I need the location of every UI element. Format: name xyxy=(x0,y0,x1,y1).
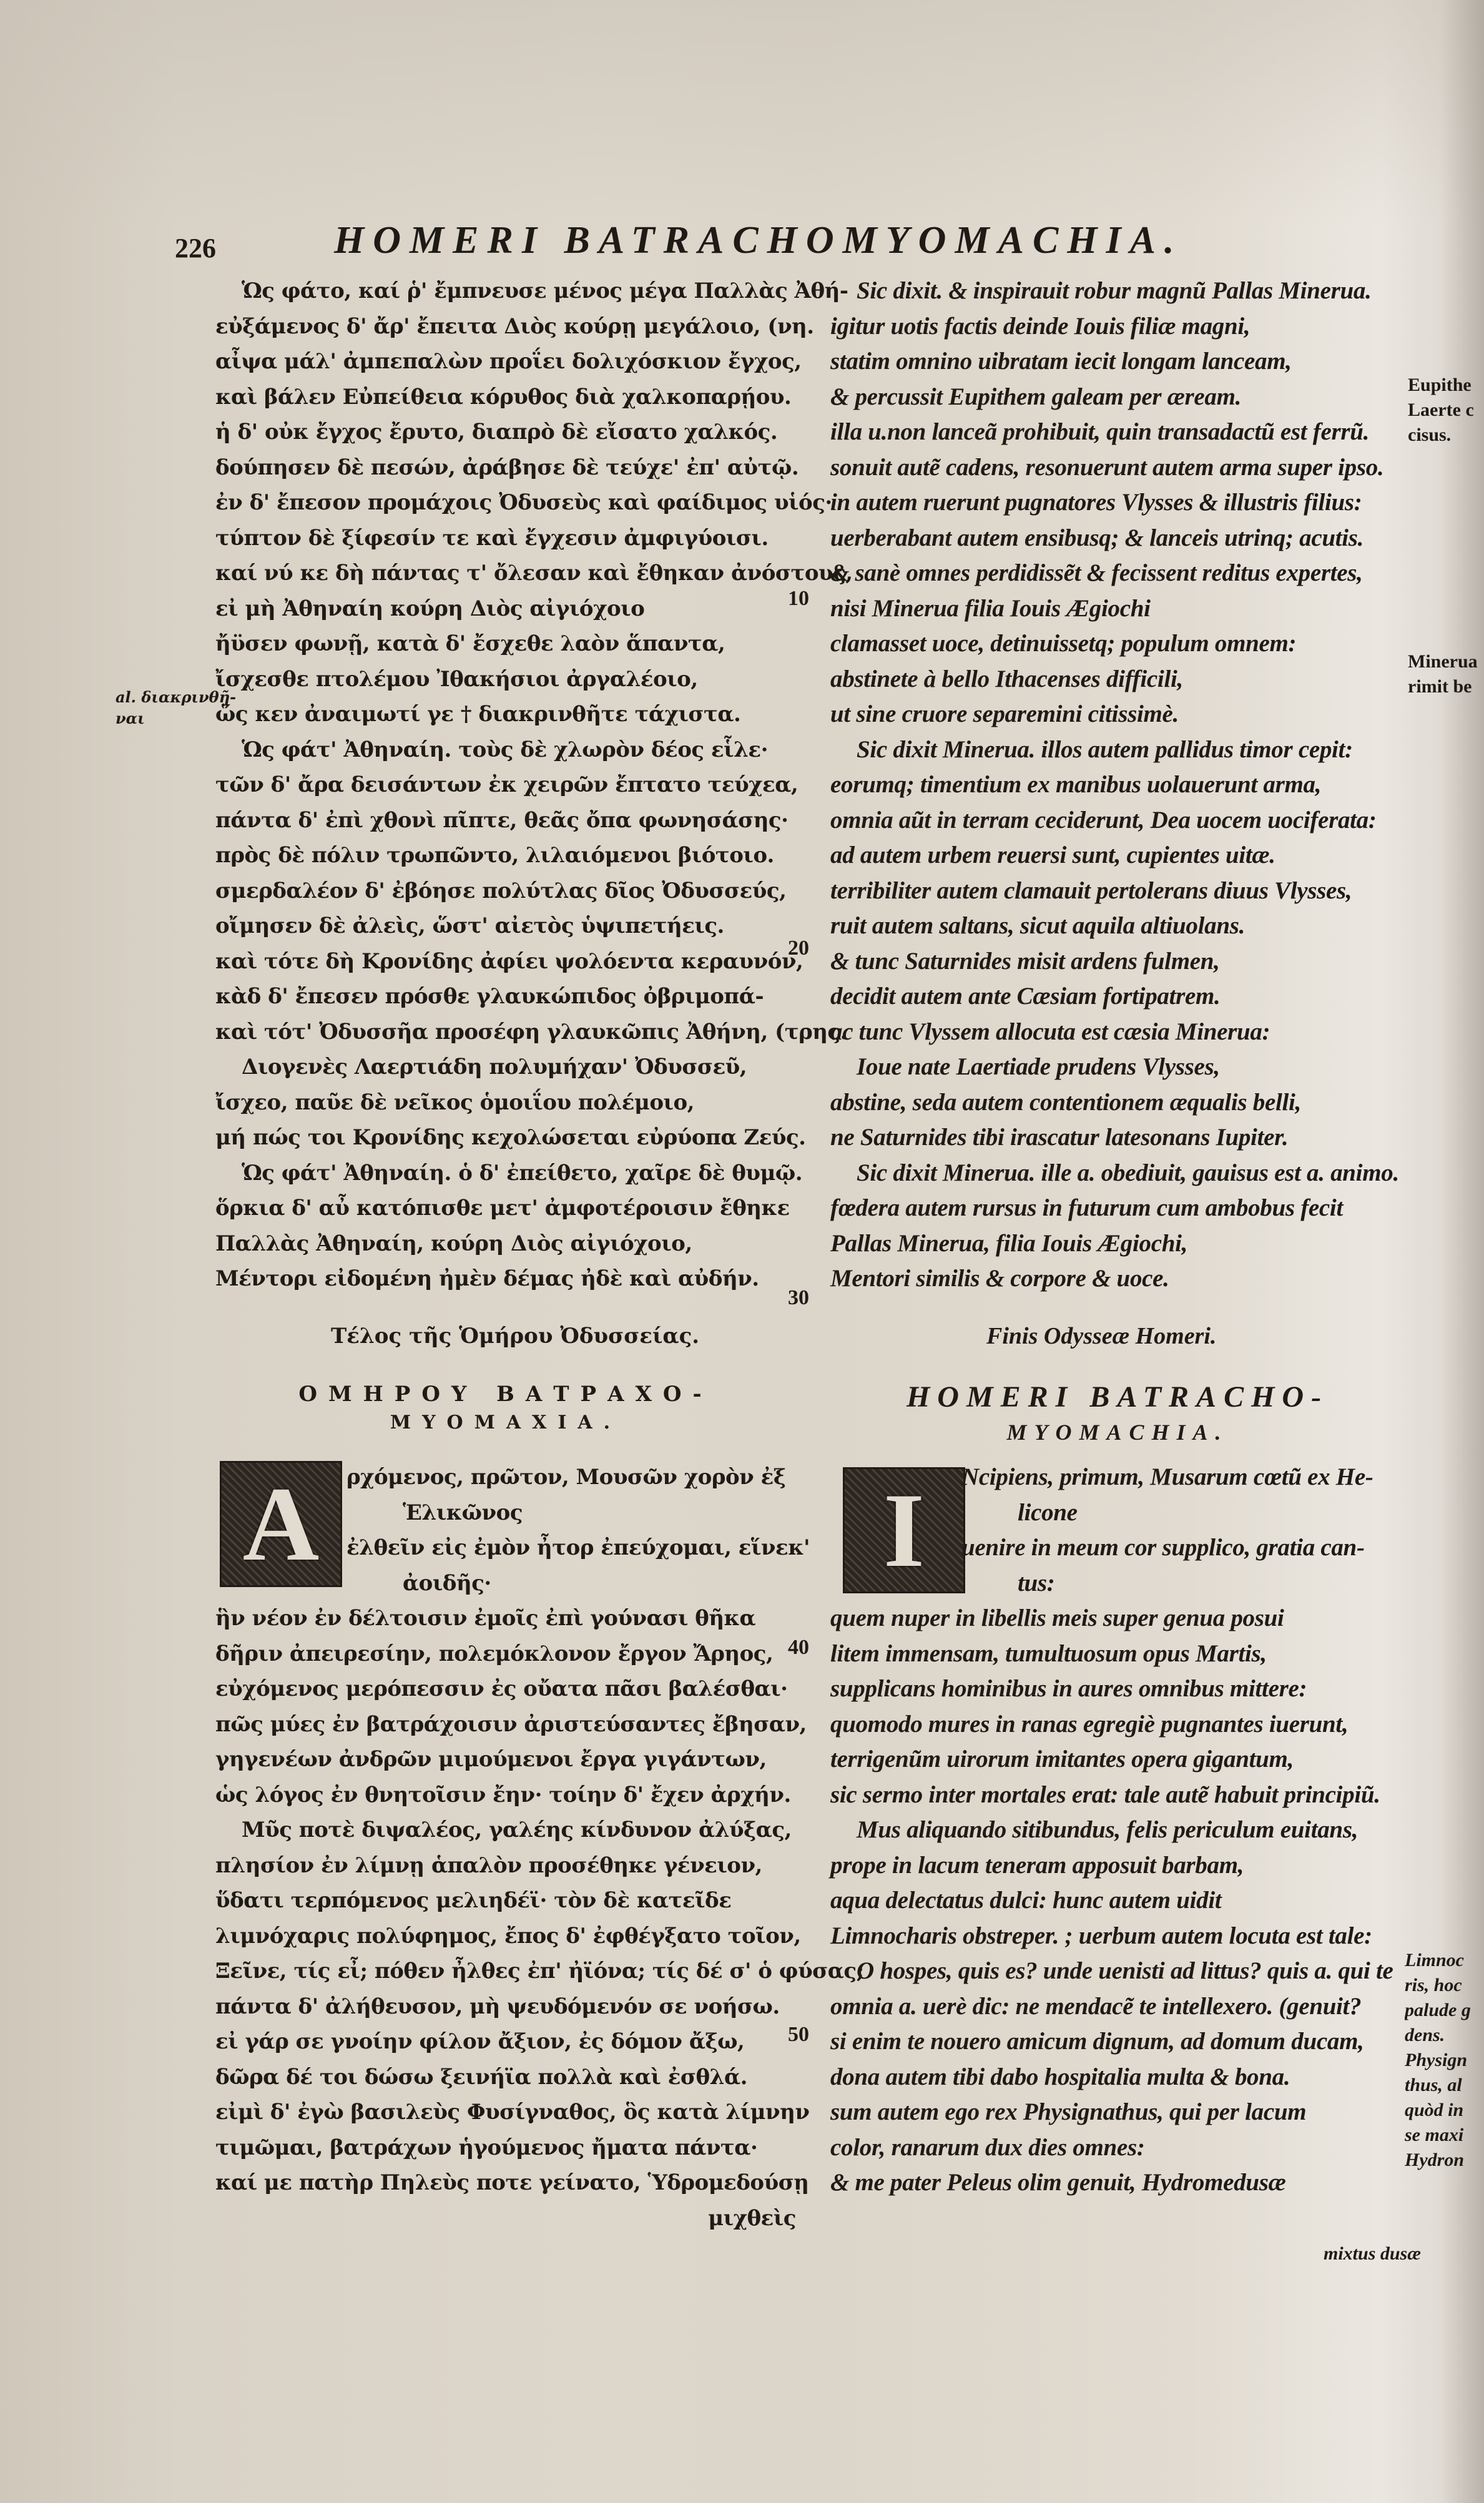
latin-verse-line: terribiliter autem clamauit pertolerans … xyxy=(830,873,1405,909)
latin-verse-line: prope in lacum teneram apposuit barbam, xyxy=(830,1848,1405,1884)
greek-verse-line: Διογενὲς Λαερτιάδη πολυμήχαν' Ὀδυσσεῦ, xyxy=(215,1050,796,1085)
latin-verse-line: Sic dixit Minerua. illos autem pallidus … xyxy=(830,732,1405,768)
latin-verse-line: supplicans hominibus in aures omnibus mi… xyxy=(830,1671,1405,1707)
greek-verse-line: γηγενέων ἀνδρῶν μιμούμενοι ἔργα γιγάντων… xyxy=(215,1742,796,1778)
latin-verse-line: Ioue nate Laertiade prudens Vlysses, xyxy=(830,1050,1405,1085)
running-head: 226 HOMERI BATRACHOMYOMACHIA. xyxy=(175,219,1423,275)
verse-line-number: 20 xyxy=(788,937,809,960)
latin-verse-line: nisi Minerua filia Iouis Ægiochi xyxy=(830,591,1405,627)
latin-verse-line: quomodo mures in ranas egregiè pugnantes… xyxy=(830,1707,1405,1743)
latin-verse-line: clamasset uoce, detinuissetq; populum om… xyxy=(830,626,1405,662)
greek-verse-line: πῶς μύες ἐν βατράχοισιν ἀριστεύσαντες ἔβ… xyxy=(215,1707,796,1743)
latin-verse-line: Pallas Minerua, filia Iouis Ægiochi, xyxy=(830,1226,1405,1262)
greek-verse-line: καί με πατὴρ Πηλεὺς ποτε γείνατο, Ὑδρομε… xyxy=(215,2165,796,2201)
greek-verse-line: δῶρα δέ τοι δώσω ξεινήϊα πολλὰ καὶ ἐσθλά… xyxy=(215,2060,796,2095)
latin-verse-line: ac tunc Vlyssem allocuta est cæsia Miner… xyxy=(830,1015,1405,1050)
greek-verse-line: ἐν δ' ἔπεσον προμάχοις Ὀδυσεὺς καὶ φαίδι… xyxy=(215,485,796,521)
greek-verse-line: ὅρκια δ' αὖ κατόπισθε μετ' ἀμφοτέροισιν … xyxy=(215,1191,796,1226)
greek-verse-line: σμερδαλέον δ' ἐβόησε πολύτλας δῖος Ὀδυσσ… xyxy=(215,873,796,909)
latin-verse-line: uenire in meum cor supplico, gratia can- xyxy=(830,1530,1405,1566)
latin-verse-line: fœdera autem rursus in futurum cum ambob… xyxy=(830,1191,1405,1226)
latin-verse-line: Mus aliquando sitibundus, felis periculu… xyxy=(830,1812,1405,1848)
greek-verse-line: Ὡς φάτο, καί ῥ' ἔμπνευσε μένος μέγα Παλλ… xyxy=(215,273,796,309)
latin-verse-line: litem immensam, tumultuosum opus Martis, xyxy=(830,1636,1405,1672)
greek-verse-line: ἴσχεο, παῦε δὲ νεῖκος ὁμοιΐου πολέμοιο, xyxy=(215,1085,796,1121)
latin-verse-line: Mentori similis & corpore & uoce. xyxy=(830,1261,1405,1297)
greek-verse-line: καὶ βάλεν Εὐπείθεια κόρυθος διὰ χαλκοπαρ… xyxy=(215,380,796,415)
latin-verse-line: omnia a. uerè dic: ne mendacẽ te intelle… xyxy=(830,1989,1405,2025)
greek-verse-line: πλησίον ἐν λίμνῃ ἁπαλὸν προσέθηκε γένειο… xyxy=(215,1848,796,1884)
greek-verse-line: πάντα δ' ἀλήθευσον, μὴ ψευδόμενόν σε νοή… xyxy=(215,1989,796,2025)
greek-verse-line: ὕδατι τερπόμενος μελιηδέϊ· τὸν δὲ κατεῖδ… xyxy=(215,1883,796,1919)
running-title: HOMERI BATRACHOMYOMACHIA. xyxy=(334,219,1183,263)
latin-verse-line: & me pater Peleus olim genuit, Hydromedu… xyxy=(830,2165,1405,2201)
greek-verse-line: δούπησεν δὲ πεσών, ἀράβησε δὲ τεύχε' ἐπ'… xyxy=(215,450,796,486)
latin-verse-line: uerberabant autem ensibusq; & lanceis ut… xyxy=(830,521,1405,556)
greek-verse-line: τιμῶμαι, βατράχων ἡγούμενος ἤματα πάντα· xyxy=(215,2130,796,2166)
greek-verse-line: Ὡς φάτ' Ἀθηναίη. ὁ δ' ἐπείθετο, χαῖρε δὲ… xyxy=(215,1156,796,1191)
paper-shading xyxy=(0,0,1484,225)
margin-note-limnocharis: Limnoc ris, hoc palude g dens. Physign t… xyxy=(1405,1948,1481,2173)
greek-verse-line: ἡ δ' οὐκ ἔγχος ἔρυτο, διαπρὸ δὲ εἴσατο χ… xyxy=(215,415,796,450)
latin-verse-line: Limnocharis obstreper. ; uerbum autem lo… xyxy=(830,1919,1405,1954)
latin-verse-line: sic sermo inter mortales erat: tale autẽ… xyxy=(830,1778,1405,1813)
latin-verse-line: O hospes, quis es? unde uenisti ad littu… xyxy=(830,1954,1405,1989)
greek-verse-line: καὶ τότ' Ὀδυσσῆα προσέφη γλαυκῶπις Ἀθήνη… xyxy=(215,1015,796,1050)
greek-verse-line: ἴσχεσθε πτολέμου Ἰθακήσιοι ἀργαλέοιο, xyxy=(215,662,796,697)
greek-verse-line: πρὸς δὲ πόλιν τρωπῶντο, λιλαιόμενοι βιότ… xyxy=(215,838,796,873)
greek-verse-line: καί νύ κε δὴ πάντας τ' ὄλεσαν καὶ ἔθηκαν… xyxy=(215,556,796,591)
greek-verse-line: ἣν νέον ἐν δέλτοισιν ἐμοῖς ἐπὶ γούνασι θ… xyxy=(215,1601,796,1636)
greek-colophon: Τέλος τῆς Ὁμήρου Ὀδυσσείας. xyxy=(331,1317,699,1355)
latin-verse-line: quem nuper in libellis meis super genua … xyxy=(830,1601,1405,1636)
greek-verse-line: μή πώς τοι Κρονίδης κεχολώσεται εὐρύοπα … xyxy=(215,1120,796,1156)
greek-verse-line: πάντα δ' ἐπὶ χθονὶ πῖπτε, θεᾶς ὄπα φωνησ… xyxy=(215,803,796,838)
greek-verse-line: Ὡς φάτ' Ἀθηναίη. τοὺς δὲ χλωρὸν δέος εἷλ… xyxy=(215,732,796,768)
latin-verse-line: color, ranarum dux dies omnes: xyxy=(830,2130,1405,2166)
greek-verse-line: ἐλθεῖν εἰς ἐμὸν ἦτορ ἐπεύχομαι, εἵνεκ' xyxy=(215,1530,796,1566)
greek-verse-line: κὰδ δ' ἔπεσεν πρόσθε γλαυκώπιδος ὀβριμοπ… xyxy=(215,979,796,1015)
greek-verse-line: Παλλὰς Ἀθηναίη, κούρη Διὸς αἰγιόχοιο, xyxy=(215,1226,796,1262)
latin-verse-line: Ncipiens, primum, Musarum cœtũ ex He- xyxy=(830,1460,1405,1495)
latin-verse-line: ne Saturnides tibi irascatur latesonans … xyxy=(830,1120,1405,1156)
latin-verse-line: licone xyxy=(830,1495,1405,1531)
greek-verse-line: τύπτον δὲ ξίφεσίν τε καὶ ἔγχεσιν ἀμφιγύο… xyxy=(215,521,796,556)
greek-verse-line: καὶ τότε δὴ Κρονίδης ἀφίει ψολόεντα κερα… xyxy=(215,944,796,980)
greek-batrachomyomachia-column: ρχόμενος, πρῶτον, Μουσῶν χορὸν ἐξἙλικῶνο… xyxy=(215,1460,796,2236)
latin-verse-line: abstinete à bello Ithacenses difficili, xyxy=(830,662,1405,697)
greek-verse-line: εἰμὶ δ' ἐγὼ βασιλεὺς Φυσίγναθος, ὃς κατὰ… xyxy=(215,2095,796,2130)
latin-colophon: Finis Odysseæ Homeri. xyxy=(986,1317,1216,1355)
greek-section-title: ΟΜΗΡΟΥ ΒΑΤΡΑΧΟ- ΜΥΟΜΑΧΙΑ. xyxy=(215,1380,796,1437)
greek-verse-line: Μέντορι εἰδομένη ἠμὲν δέμας ἠδὲ καὶ αὐδή… xyxy=(215,1261,796,1297)
greek-verse-line: εἰ μὴ Ἀθηναίη κούρη Διὸς αἰγιόχοιο xyxy=(215,591,796,627)
greek-verse-line: λιμνόχαρις πολύφημος, ἔπος δ' ἐφθέγξατο … xyxy=(215,1919,796,1954)
greek-verse-line: Ἑλικῶνος xyxy=(215,1495,796,1531)
latin-verse-line: eorumq; timentium ex manibus uolauerunt … xyxy=(830,767,1405,803)
greek-odyssey-column: Ὡς φάτο, καί ῥ' ἔμπνευσε μένος μέγα Παλλ… xyxy=(215,273,796,1297)
margin-note-continuation: mixtus dusæ xyxy=(1324,2241,1484,2266)
greek-verse-line: τῶν δ' ἄρα δεισάντων ἐκ χειρῶν ἔπτατο τε… xyxy=(215,767,796,803)
margin-note-minerva: Minerua rimit be xyxy=(1408,649,1484,699)
latin-verse-line: ut sine cruore separemini citissimè. xyxy=(830,697,1405,732)
latin-verse-line: sum autem ego rex Physignathus, qui per … xyxy=(830,2095,1405,2130)
verse-line-number: 10 xyxy=(788,587,809,611)
greek-verse-line: ὡς λόγος ἐν θνητοῖσιν ἔην· τοίην δ' ἔχεν… xyxy=(215,1778,796,1813)
latin-verse-line: abstine, seda autem contentionem æqualis… xyxy=(830,1085,1405,1121)
latin-verse-line: Sic dixit Minerua. ille a. obediuit, gau… xyxy=(830,1156,1405,1191)
latin-verse-line: si enim te nouero amicum dignum, ad domu… xyxy=(830,2024,1405,2060)
greek-verse-line: ἀοιδῆς· xyxy=(215,1566,796,1601)
greek-verse-line: μιχθεὶς xyxy=(215,2201,796,2236)
latin-verse-line: aqua delectatus dulci: hunc autem uidit xyxy=(830,1883,1405,1919)
greek-verse-line: εἰ γάρ σε γνοίην φίλον ἄξιον, ἐς δόμον ἄ… xyxy=(215,2024,796,2060)
greek-verse-line: ὥς κεν ἀναιμωτί γε † διακρινθῆτε τάχιστα… xyxy=(215,697,796,732)
greek-verse-line: ἤϋσεν φωνῇ, κατὰ δ' ἔσχεθε λαὸν ἅπαντα, xyxy=(215,626,796,662)
latin-verse-line: igitur uotis factis deinde Iouis filiæ m… xyxy=(830,309,1405,345)
latin-section-title: HOMERI BATRACHO- MYOMACHIA. xyxy=(830,1380,1405,1450)
greek-verse-line: Ξεῖνε, τίς εἶ; πόθεν ἦλθες ἐπ' ἠϊόνα; τί… xyxy=(215,1954,796,1989)
greek-verse-line: εὐξάμενος δ' ἄρ' ἔπειτα Διὸς κούρῃ μεγάλ… xyxy=(215,309,796,345)
latin-verse-line: illa u.non lanceã prohibuit, quin transa… xyxy=(830,415,1405,450)
margin-note-variant: al. διακρινθῆ- ναι xyxy=(115,687,236,729)
latin-verse-line: & tunc Saturnides misit ardens fulmen, xyxy=(830,944,1405,980)
verse-line-number: 30 xyxy=(788,1286,809,1310)
latin-verse-line: tus: xyxy=(830,1566,1405,1601)
greek-verse-line: αἶψα μάλ' ἀμπεπαλὼν προΐει δολιχόσκιον ἔ… xyxy=(215,344,796,380)
latin-verse-line: decidit autem ante Cæsiam fortipatrem. xyxy=(830,979,1405,1015)
latin-verse-line: sonuit autẽ cadens, resonuerunt autem ar… xyxy=(830,450,1405,486)
latin-verse-line: omnia aũt in terram ceciderunt, Dea uoce… xyxy=(830,803,1405,838)
margin-note-eupithes: Eupithe Laerte c cisus. xyxy=(1408,373,1484,448)
latin-verse-line: statim omnino uibratam iecit longam lanc… xyxy=(830,344,1405,380)
latin-verse-line: terrigenũm uirorum imitantes opera gigan… xyxy=(830,1742,1405,1778)
greek-verse-line: Μῦς ποτὲ διψαλέος, γαλέης κίνδυνον ἀλύξα… xyxy=(215,1812,796,1848)
greek-verse-line: ρχόμενος, πρῶτον, Μουσῶν χορὸν ἐξ xyxy=(215,1460,796,1495)
latin-verse-line: & sanè omnes perdidissẽt & fecissent red… xyxy=(830,556,1405,591)
latin-odyssey-column: Sic dixit. & inspirauit robur magnũ Pall… xyxy=(830,273,1405,1297)
latin-verse-line: ad autem urbem reuersi sunt, cupientes u… xyxy=(830,838,1405,873)
latin-verse-line: dona autem tibi dabo hospitalia multa & … xyxy=(830,2060,1405,2095)
page-number: 226 xyxy=(175,232,216,264)
greek-verse-line: οἴμησεν δὲ ἀλεὶς, ὥστ' αἰετὸς ὑψιπετήεις… xyxy=(215,908,796,944)
latin-verse-line: in autem ruerunt pugnatores Vlysses & il… xyxy=(830,485,1405,521)
latin-verse-line: & percussit Eupithem galeam per æream. xyxy=(830,380,1405,415)
latin-verse-line: ruit autem saltans, sicut aquila altiuol… xyxy=(830,908,1405,944)
greek-verse-line: εὐχόμενος μερόπεσσιν ἐς οὔατα πᾶσι βαλέσ… xyxy=(215,1671,796,1707)
greek-verse-line: δῆριν ἀπειρεσίην, πολεμόκλονον ἔργον Ἄρη… xyxy=(215,1636,796,1672)
latin-verse-line: Sic dixit. & inspirauit robur magnũ Pall… xyxy=(830,273,1405,309)
latin-batrachomyomachia-column: Ncipiens, primum, Musarum cœtũ ex He-lic… xyxy=(830,1460,1405,2201)
